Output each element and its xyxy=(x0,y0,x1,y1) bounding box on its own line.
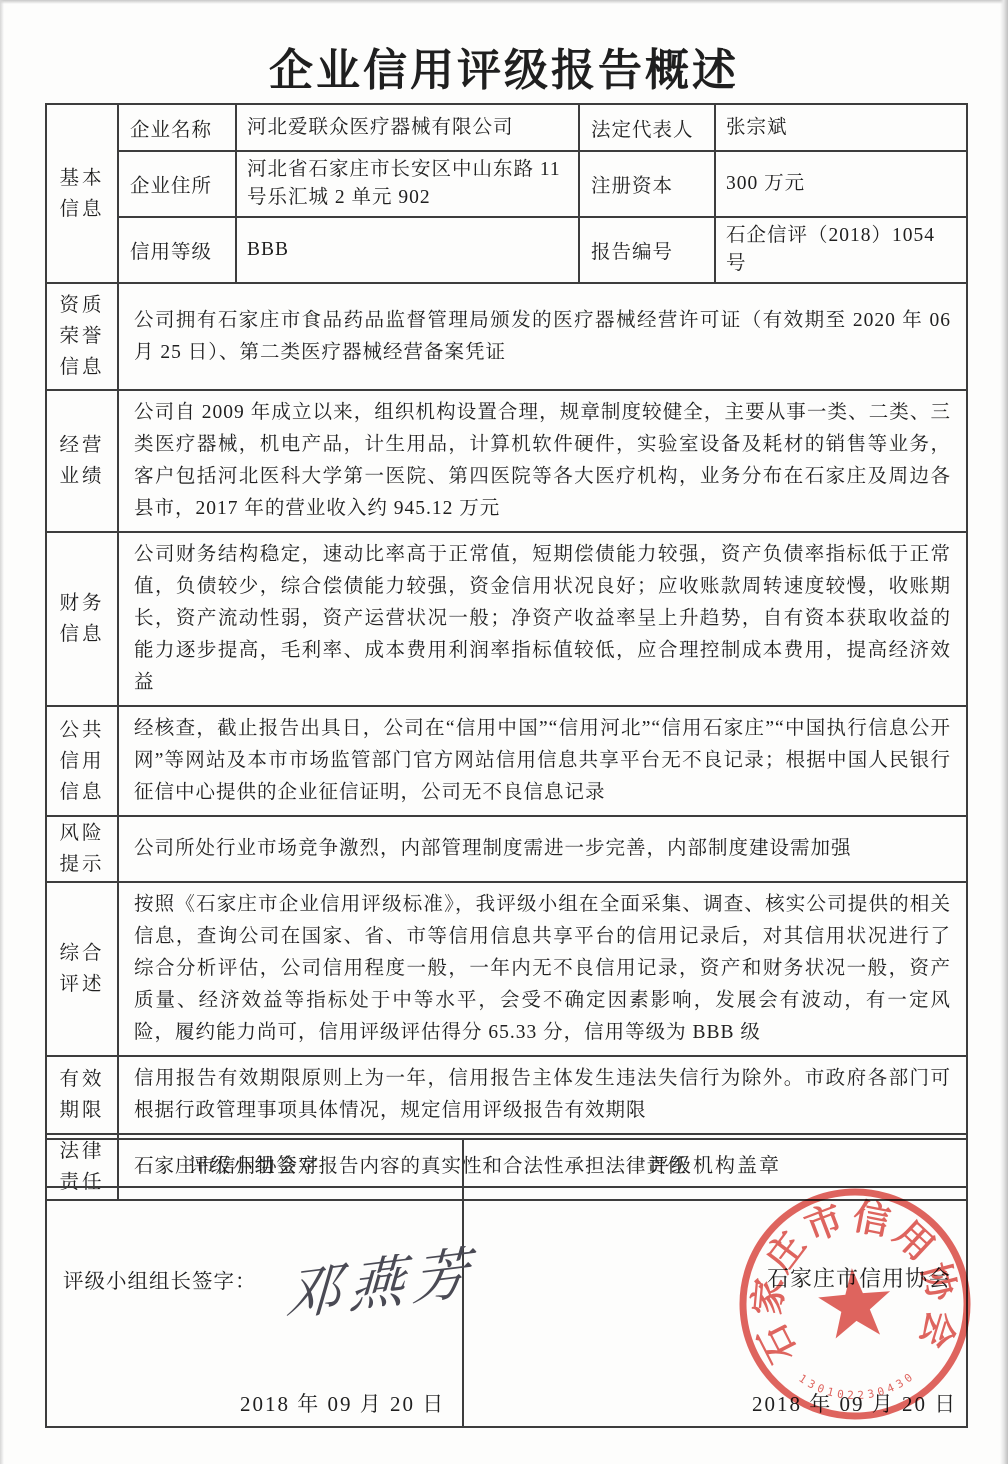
section-label-basic-info: 基本信息 xyxy=(46,104,118,283)
seal-ring-char: 会 xyxy=(912,1305,963,1353)
section-label-validity-period: 有效期限 xyxy=(46,1056,118,1134)
section-text-validity-period: 信用报告有效期限原则上为一年，信用报告主体发生违法失信行为除外。市政府各部门可根… xyxy=(118,1056,967,1134)
rating-team-signature-cell: 评级小组组长签字： 邓燕芳 2018 年 09 月 20 日 xyxy=(46,1187,463,1427)
field-label-company-name: 企业名称 xyxy=(118,104,236,151)
scanned-credit-report-page: { "title": "企业信用评级报告概述", "basic_info": {… xyxy=(0,0,1008,1464)
section-label-comprehensive-review: 综合评述 xyxy=(46,882,118,1056)
section-text-business-performance: 公司自 2009 年成立以来，组织机构设置合理，规章制度较健全，主要从事一类、二… xyxy=(118,390,967,532)
field-label-credit-rating: 信用等级 xyxy=(118,217,236,283)
seal-code-digits: 130102230430 xyxy=(795,1362,919,1407)
section-text-financial-info: 公司财务结构稳定，速动比率高于正常值，短期偿债能力较强，资产负债率指标低于正常值… xyxy=(118,532,967,706)
section-text-qualification-honor: 公司拥有石家庄市食品药品监督管理局颁发的医疗器械经营许可证（有效期至 2020 … xyxy=(118,283,967,390)
field-label-report-number: 报告编号 xyxy=(579,217,715,283)
section-label-public-credit: 公共信用信息 xyxy=(46,706,118,816)
signoff-table: 评级小组签字 评级机构盖章 评级小组组长签字： 邓燕芳 2018 年 09 月 … xyxy=(45,1138,968,1428)
field-value-registered-capital: 300 万元 xyxy=(715,151,967,217)
section-label-qualification-honor: 资质荣誉信息 xyxy=(46,283,118,390)
report-summary-table: 基本信息 企业名称 河北爱联众医疗器械有限公司 法定代表人 张宗斌 企业住所 河… xyxy=(45,103,968,1201)
scan-edge-left xyxy=(0,0,4,1464)
scan-edge-top xyxy=(0,0,1008,4)
rating-agency-stamp-cell: 石家庄市信用协会 2018 年 09 月 20 日 石 家 庄 市 信 用 协 … xyxy=(463,1187,967,1427)
seal-ring-char: 信 xyxy=(849,1195,893,1243)
scan-edge-right xyxy=(1000,0,1008,1464)
field-value-company-address: 河北省石家庄市长安区中山东路 11 号乐汇城 2 单元 902 xyxy=(236,151,579,217)
signature-date: 2018 年 09 月 20 日 xyxy=(240,1388,445,1418)
seal-star-icon xyxy=(816,1265,894,1340)
section-text-public-credit: 经核查，截止报告出具日，公司在“信用中国”“信用河北”“信用石家庄”“中国执行信… xyxy=(118,706,967,816)
rating-team-signature-header: 评级小组签字 xyxy=(46,1139,463,1187)
field-label-legal-representative: 法定代表人 xyxy=(579,104,715,151)
field-value-company-name: 河北爱联众医疗器械有限公司 xyxy=(236,104,579,151)
field-value-credit-rating: BBB xyxy=(236,217,579,283)
seal-ring-char: 家 xyxy=(747,1276,792,1317)
field-label-company-address: 企业住所 xyxy=(118,151,236,217)
section-label-business-performance: 经营业绩 xyxy=(46,390,118,532)
page-title: 企业信用评级报告概述 xyxy=(0,34,1008,98)
seal-ring-char: 协 xyxy=(913,1258,964,1307)
section-label-financial-info: 财务信息 xyxy=(46,532,118,706)
section-text-risk-warning: 公司所处行业市场竞争激烈，内部管理制度需进一步完善，内部制度建设需加强 xyxy=(118,816,967,882)
section-text-comprehensive-review: 按照《石家庄市企业信用评级标准》，我评级小组在全面采集、调查、核实公司提供的相关… xyxy=(118,882,967,1056)
field-value-legal-representative: 张宗斌 xyxy=(715,104,967,151)
handwritten-signature: 邓燕芳 xyxy=(284,1228,479,1333)
field-label-registered-capital: 注册资本 xyxy=(579,151,715,217)
team-leader-signature-label: 评级小组组长签字： xyxy=(63,1264,257,1294)
official-seal-stamp-icon: 石 家 庄 市 信 用 协 会 130102230430 xyxy=(692,1141,1008,1464)
field-value-report-number: 石企信评（2018）1054 号 xyxy=(715,217,967,283)
section-label-risk-warning: 风险提示 xyxy=(46,816,118,882)
